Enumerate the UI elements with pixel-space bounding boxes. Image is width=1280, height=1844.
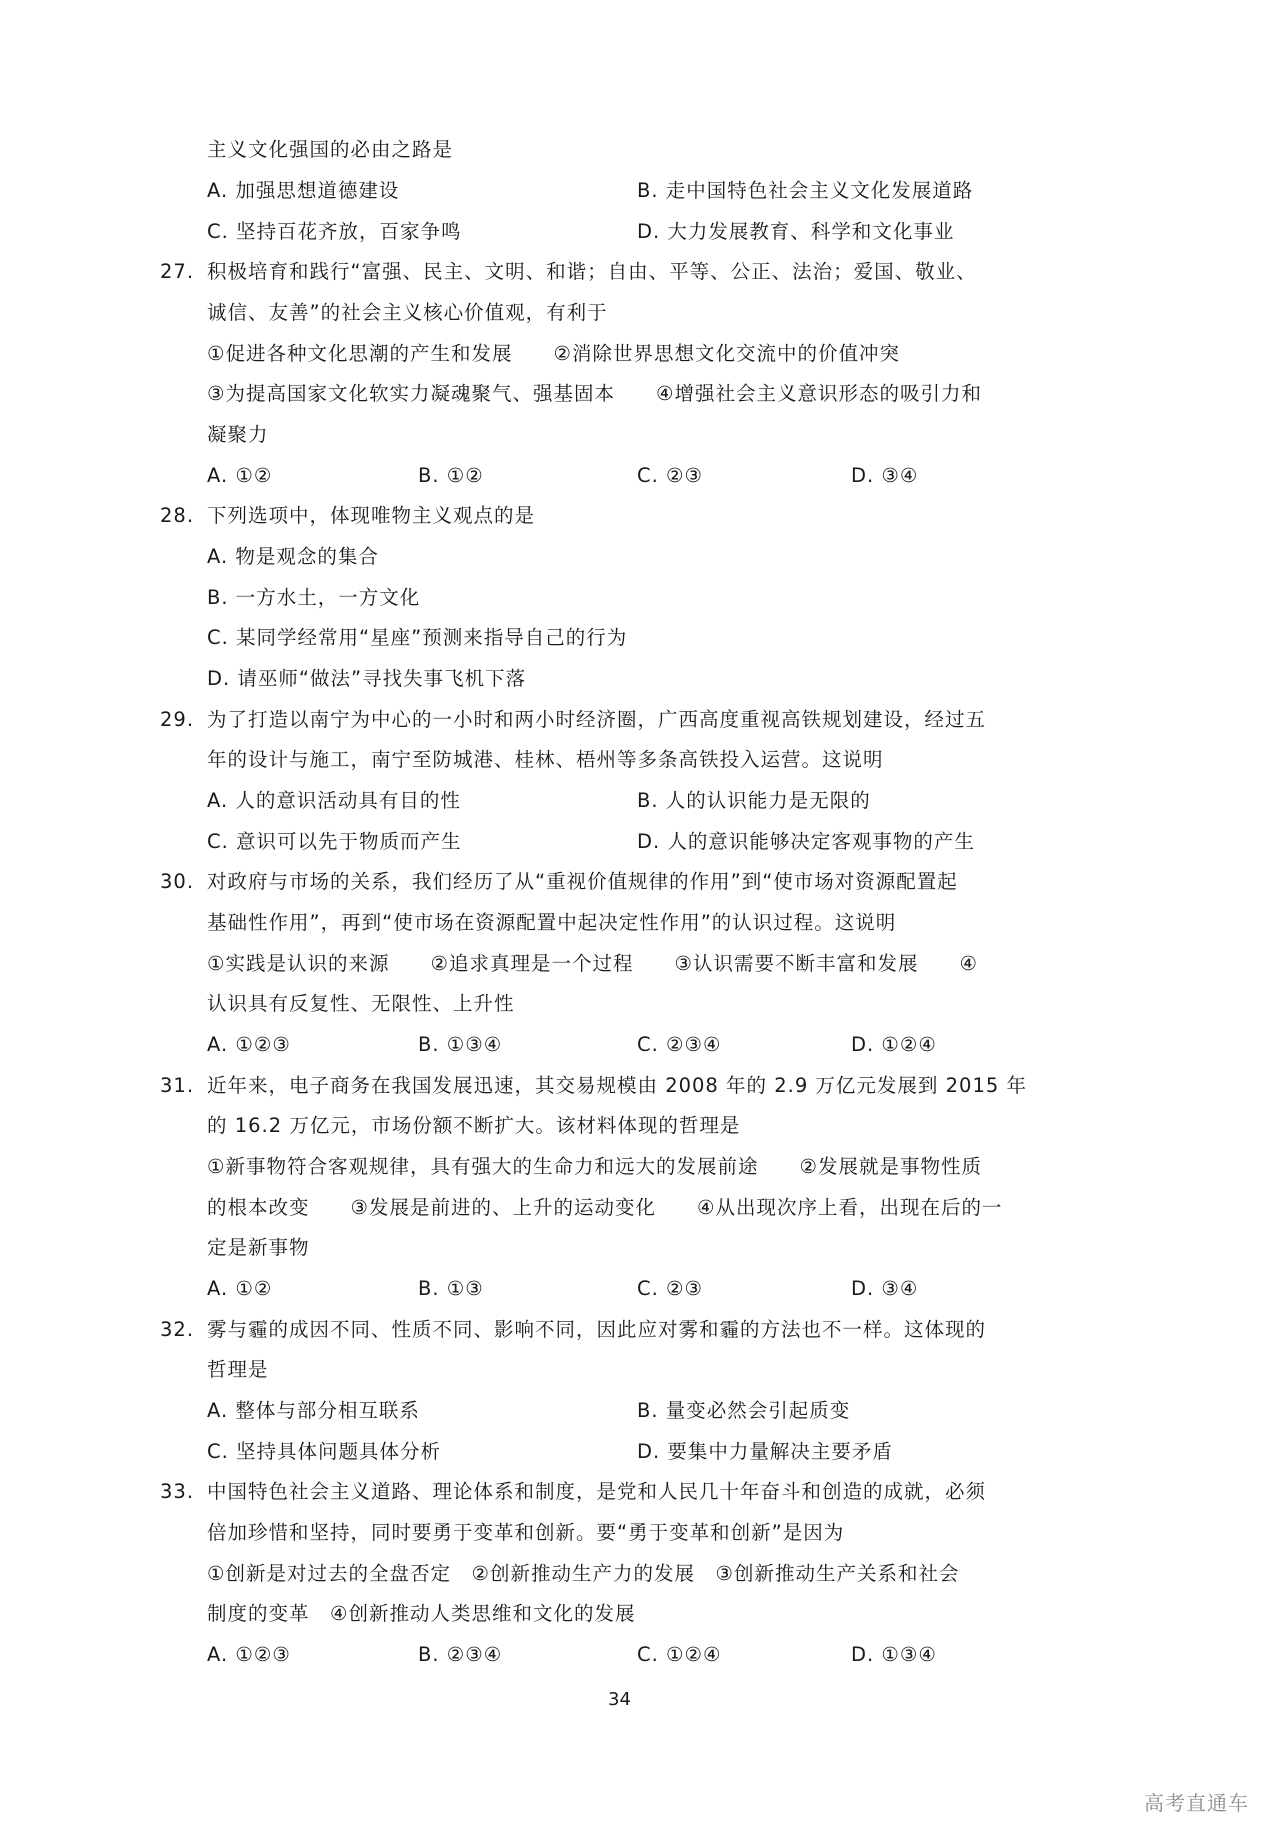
question-28-option-a: A. 物是观念的集合	[207, 542, 379, 572]
question-32-option-b: B. 量变必然会引起质变	[637, 1396, 850, 1426]
question-33-option-b: B. ②③④	[418, 1640, 502, 1670]
question-30-stem-line-1: 对政府与市场的关系，我们经历了从“重视价值规律的作用”到“使市场对资源配置起	[207, 867, 958, 897]
question-28-stem: 下列选项中，体现唯物主义观点的是	[207, 501, 535, 531]
question-26-option-c: C. 坚持百花齐放，百家争鸣	[207, 217, 462, 247]
question-27-statement-line-3: 凝聚力	[207, 420, 269, 450]
question-number: 31.	[160, 1071, 194, 1101]
question-26-option-b: B. 走中国特色社会主义文化发展道路	[637, 176, 973, 206]
question-27-option-a: A. ①②	[207, 461, 272, 491]
question-27-statement-line-2: ③为提高国家文化软实力凝魂聚气、强基固本 ④增强社会主义意识形态的吸引力和	[207, 379, 982, 409]
question-31-stem-line-1: 近年来，电子商务在我国发展迅速，其交易规模由 2008 年的 2.9 万亿元发展…	[207, 1071, 1027, 1101]
question-29-option-b: B. 人的认识能力是无限的	[637, 786, 871, 816]
question-29-option-c: C. 意识可以先于物质而产生	[207, 827, 462, 857]
question-31-stem-line-2: 的 16.2 万亿元，市场份额不断扩大。该材料体现的哲理是	[207, 1111, 740, 1141]
watermark: 高考直通车	[1144, 1790, 1249, 1816]
question-30-option-a: A. ①②③	[207, 1030, 291, 1060]
exam-page: 主义文化强国的必由之路是 A. 加强思想道德建设 B. 走中国特色社会主义文化发…	[0, 0, 1280, 1844]
question-28-option-d: D. 请巫师“做法”寻找失事飞机下落	[207, 664, 526, 694]
question-29-stem-line-2: 年的设计与施工，南宁至防城港、桂林、梧州等多条高铁投入运营。这说明	[207, 745, 884, 775]
question-30-statement-line-1: ①实践是认识的来源 ②追求真理是一个过程 ③认识需要不断丰富和发展 ④	[207, 949, 978, 979]
question-31-statement-line-2: 的根本改变 ③发展是前进的、上升的运动变化 ④从出现次序上看，出现在后的一	[207, 1193, 1002, 1223]
question-27-stem-line-1: 积极培育和践行“富强、民主、文明、和谐；自由、平等、公正、法治；爱国、敬业、	[207, 257, 977, 287]
question-27-option-c: C. ②③	[637, 461, 703, 491]
question-31-option-b: B. ①③	[418, 1274, 484, 1304]
question-33-statement-line-2: 制度的变革 ④创新推动人类思维和文化的发展	[207, 1599, 635, 1629]
question-30-statement-line-2: 认识具有反复性、无限性、上升性	[207, 989, 515, 1019]
question-number: 27.	[160, 257, 194, 287]
question-32-option-a: A. 整体与部分相互联系	[207, 1396, 420, 1426]
question-27-option-b: B. ①②	[418, 461, 484, 491]
question-number: 30.	[160, 867, 194, 897]
question-33-stem-line-2: 倍加珍惜和坚持，同时要勇于变革和创新。要“勇于变革和创新”是因为	[207, 1518, 844, 1548]
question-32-option-c: C. 坚持具体问题具体分析	[207, 1437, 441, 1467]
question-30-option-b: B. ①③④	[418, 1030, 502, 1060]
question-33-option-a: A. ①②③	[207, 1640, 291, 1670]
question-30-option-d: D. ①②④	[851, 1030, 937, 1060]
question-26-option-a: A. 加强思想道德建设	[207, 176, 399, 206]
question-number: 29.	[160, 705, 194, 735]
question-29-option-a: A. 人的意识活动具有目的性	[207, 786, 461, 816]
question-33-option-d: D. ①③④	[851, 1640, 937, 1670]
question-number: 28.	[160, 501, 194, 531]
question-number: 33.	[160, 1477, 194, 1507]
question-31-statement-line-3: 定是新事物	[207, 1233, 310, 1263]
page-number: 34	[608, 1688, 631, 1712]
question-33-statement-line-1: ①创新是对过去的全盘否定 ②创新推动生产力的发展 ③创新推动生产关系和社会	[207, 1559, 959, 1589]
question-31-option-c: C. ②③	[637, 1274, 703, 1304]
question-32-option-d: D. 要集中力量解决主要矛盾	[637, 1437, 893, 1467]
question-31-option-a: A. ①②	[207, 1274, 272, 1304]
question-31-option-d: D. ③④	[851, 1274, 918, 1304]
question-33-stem-line-1: 中国特色社会主义道路、理论体系和制度，是党和人民几十年奋斗和创造的成就，必须	[207, 1477, 986, 1507]
question-33-option-c: C. ①②④	[637, 1640, 721, 1670]
question-26-stem-continuation: 主义文化强国的必由之路是	[207, 135, 453, 165]
question-29-stem-line-1: 为了打造以南宁为中心的一小时和两小时经济圈，广西高度重视高铁规划建设，经过五	[207, 705, 986, 735]
question-27-statement-line-1: ①促进各种文化思潮的产生和发展 ②消除世界思想文化交流中的价值冲突	[207, 339, 900, 369]
question-32-stem-line-2: 哲理是	[207, 1355, 269, 1385]
question-number: 32.	[160, 1315, 194, 1345]
question-28-option-b: B. 一方水土，一方文化	[207, 583, 420, 613]
question-28-option-c: C. 某同学经常用“星座”预测来指导自己的行为	[207, 623, 627, 653]
question-27-stem-line-2: 诚信、友善”的社会主义核心价值观，有利于	[207, 298, 608, 328]
question-31-statement-line-1: ①新事物符合客观规律，具有强大的生命力和远大的发展前途 ②发展就是事物性质	[207, 1152, 982, 1182]
question-26-option-d: D. 大力发展教育、科学和文化事业	[637, 217, 954, 247]
question-30-option-c: C. ②③④	[637, 1030, 721, 1060]
question-27-option-d: D. ③④	[851, 461, 918, 491]
question-29-option-d: D. 人的意识能够决定客观事物的产生	[637, 827, 975, 857]
question-32-stem-line-1: 雾与霾的成因不同、性质不同、影响不同，因此应对雾和霾的方法也不一样。这体现的	[207, 1315, 986, 1345]
question-30-stem-line-2: 基础性作用”，再到“使市场在资源配置中起决定性作用”的认识过程。这说明	[207, 908, 896, 938]
